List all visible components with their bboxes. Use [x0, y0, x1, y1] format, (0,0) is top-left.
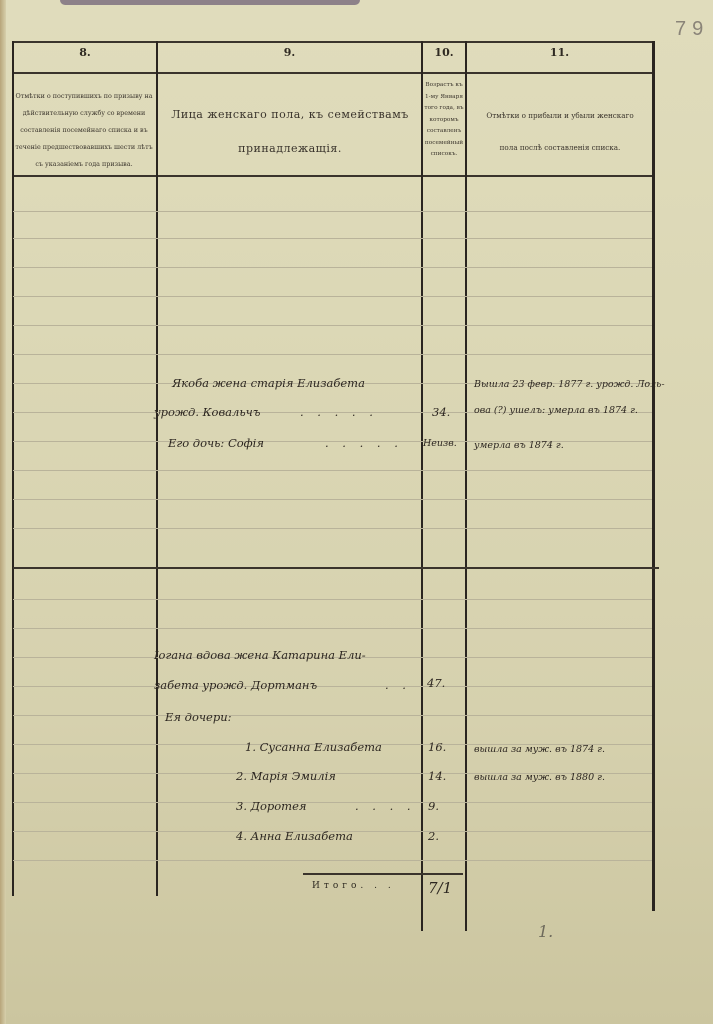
column-header-8: Отмѣтки о поступившихъ по призыву на дѣй…	[14, 88, 154, 173]
ruled-line	[13, 470, 652, 471]
column-divider-8-9	[156, 41, 158, 896]
ruled-line	[13, 599, 652, 600]
entry-name: Его дочь: Софія	[168, 436, 264, 450]
change-note: умерла въ 1874 г.	[474, 440, 564, 451]
entry-age: 2.	[428, 829, 439, 843]
adjacent-page-edge	[60, 0, 360, 5]
change-note: вышла за муж. въ 1880 г.	[474, 772, 605, 783]
column-divider-9-10	[421, 41, 423, 931]
column-divider-10-11	[465, 41, 467, 931]
entry-name: 1. Сусанна Елизабета	[245, 740, 382, 754]
section-divider	[13, 567, 659, 569]
column-header-9-line1: Лица женскаго пола, къ семействамъ	[160, 98, 420, 132]
leader-dots: . . . . .	[325, 436, 403, 450]
leader-dots: . . . .	[355, 799, 416, 813]
binding-edge	[0, 0, 6, 1024]
total-label: Итого. . .	[312, 881, 395, 891]
entry-name: Якоба жена старія Елизабета	[172, 376, 365, 390]
leader-dots: . . . . .	[300, 405, 378, 419]
ruled-line	[13, 715, 652, 716]
change-note: Вышла 23 февр. 1877 г. урожд. Лоль-	[474, 379, 665, 390]
column-header-11: Отмѣтки о прибыли и убыли женскаго пола …	[470, 100, 650, 164]
ruled-line	[13, 296, 652, 297]
ruled-line	[13, 628, 652, 629]
entry-name: 4. Анна Елизабета	[236, 829, 353, 843]
total-row-top	[303, 873, 463, 875]
ruled-line	[13, 325, 652, 326]
ruled-line	[13, 802, 652, 803]
entry-age: 9.	[428, 799, 439, 813]
ruled-line	[13, 238, 652, 239]
ruled-line	[13, 211, 652, 212]
ruled-line	[13, 686, 652, 687]
column-header-9-line2: принадлежащія.	[160, 132, 420, 166]
change-note: вышла за муж. въ 1874 г.	[474, 744, 605, 755]
column-header-10: Возрастъ къ 1-му Января того года, въ ко…	[423, 80, 465, 161]
change-note: ова (?) ушелъ: умерла въ 1874 г.	[474, 405, 638, 416]
entry-age: Неизв.	[423, 438, 457, 449]
column-number-11: 11.	[467, 46, 652, 59]
column-number-divider	[13, 72, 653, 74]
entry-name: забета урожд. Дортманъ	[154, 678, 317, 692]
entry-name: 3. Доротея	[236, 799, 307, 813]
bottom-pencil-mark: 1.	[538, 922, 553, 941]
folio-number: 79	[675, 18, 709, 41]
entry-age: 16.	[428, 740, 446, 754]
entry-name: урожд. Ковальчъ	[154, 405, 260, 419]
entry-age: 14.	[428, 769, 446, 783]
column-header-11-line1: Отмѣтки о прибыли и убыли женскаго	[470, 100, 650, 132]
column-header-11-line2: пола послѣ составленія списка.	[470, 132, 650, 164]
register-page: 79 8. 9. 10. 11. Отмѣтки о поступившихъ …	[0, 0, 713, 1024]
ruled-line	[13, 528, 652, 529]
ruled-line	[13, 860, 652, 861]
entry-name: 2. Марія Эмилія	[236, 769, 336, 783]
header-bottom-border	[13, 175, 653, 177]
leader-dots: . .	[385, 678, 411, 692]
column-number-9: 9.	[158, 46, 421, 59]
ruled-line	[13, 354, 652, 355]
ruled-line	[13, 499, 652, 500]
column-number-8: 8.	[14, 46, 156, 59]
entry-age: 34.	[432, 405, 450, 419]
column-number-10: 10.	[423, 46, 465, 59]
entry-age: 47.	[427, 676, 445, 690]
ruled-line	[13, 267, 652, 268]
entry-name: Іогана вдова жена Катарина Ели-	[154, 648, 366, 662]
table-right-border	[652, 41, 655, 911]
entry-name: Ея дочери:	[165, 710, 231, 724]
column-header-9: Лица женскаго пола, къ семействамъ прина…	[160, 98, 420, 166]
table-top-border	[13, 41, 653, 43]
total-value: 7/1	[428, 879, 452, 897]
